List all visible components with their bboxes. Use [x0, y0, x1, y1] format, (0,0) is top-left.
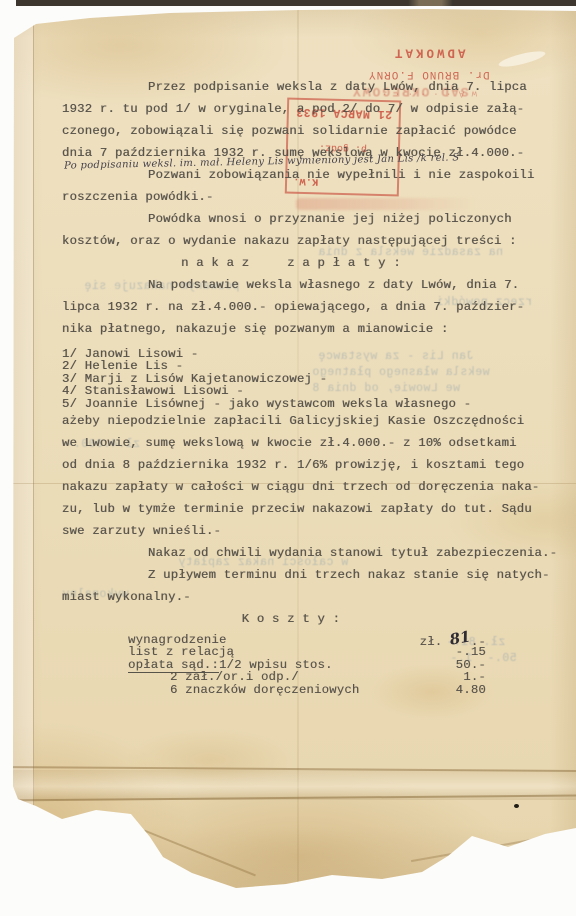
typed-line: Przez podpisanie weksla z daty Lwów, dni… [62, 76, 520, 98]
scan-edge-bar [16, 0, 576, 6]
typed-line: miast wykonalny.- [62, 586, 520, 608]
aged-paper-sheet: na zasadzie weksla z dniapozwanym nakazu… [0, 0, 576, 916]
typed-line: czonego, zobowiązali się pozwani solidar… [62, 120, 520, 142]
cost-label: list z relacją [128, 646, 456, 658]
typed-line: Powódka wnosi o przyznanie jej niżej pol… [62, 208, 520, 230]
horizontal-fold-line [0, 766, 576, 772]
typed-line: 1932 r. tu pod 1/ w oryginale, a pod 2/ … [62, 98, 520, 120]
typed-line: nika płatnego, nakazuje się pozwanym a m… [62, 318, 520, 340]
attorney-stamp-line: ADWOKAT [392, 44, 466, 60]
paper-left-fold-strip [13, 0, 34, 916]
ink-speck [514, 804, 519, 808]
typed-line: kosztów, oraz o wydanie nakazu zapłaty n… [62, 230, 520, 252]
costs-row: list z relacją-.15 [128, 646, 486, 658]
typed-line: we Lwowie, sumę wekslową w kwocie zł.4.0… [62, 432, 520, 454]
typed-line: Na podstawie weksla własnego z daty Lwów… [62, 274, 520, 296]
costs-row: 6 znaczków doręczeniowych4.80 [128, 684, 486, 696]
typed-line: 5/ Joannie Lisównej - jako wystawcom wek… [62, 398, 520, 410]
cost-amount: -.15 [456, 646, 486, 658]
cost-amount: 1.- [463, 671, 486, 683]
cost-amount: 4.80 [456, 684, 486, 696]
handwritten-amount: 81 [449, 630, 472, 646]
diagonal-crease [411, 836, 549, 862]
scanned-document-page: na zasadzie weksla z dniapozwanym nakazu… [0, 0, 576, 916]
typed-line: nakazu zapłaty w całości w ciągu dni trz… [62, 476, 520, 498]
typed-line: ażeby niepodzielnie zapłacili Galicyjski… [62, 410, 520, 432]
diagonal-crease [144, 830, 256, 876]
cost-label: 2 zał./or.i odp./ [128, 671, 463, 683]
typed-line: od dnia 8 października 1932 r. 1/6% prow… [62, 454, 520, 476]
typed-line: n a k a z z a p ł a t y : [62, 252, 520, 274]
typed-line: Z upływem terminu dni trzech nakaz stani… [62, 564, 520, 586]
fold-shadow-band [0, 770, 576, 800]
typed-line: 2/ Helenie Lis - [62, 360, 520, 372]
typed-line: Nakaz od chwili wydania stanowi tytuł za… [62, 542, 520, 564]
typed-line: K o s z t y : [62, 608, 520, 630]
typed-line: swe zarzuty wnieśli.- [62, 520, 520, 542]
typed-line: 4/ Stanisławowi Lisowi - [62, 385, 520, 397]
costs-row: 2 zał./or.i odp./1.- [128, 671, 486, 683]
horizontal-fold-line [0, 794, 576, 801]
typed-line: lipca 1932 r. na zł.4.000.- opiewającego… [62, 296, 520, 318]
costs-table: wynagrodzeniezł. 81.-list z relacją-.15o… [128, 634, 486, 696]
cost-label: 6 znaczków doręczeniowych [128, 684, 456, 696]
typed-line: roszczenia powódki.- [62, 186, 520, 208]
typed-line: zu, lub w tymże terminie przeciw nakazow… [62, 498, 520, 520]
